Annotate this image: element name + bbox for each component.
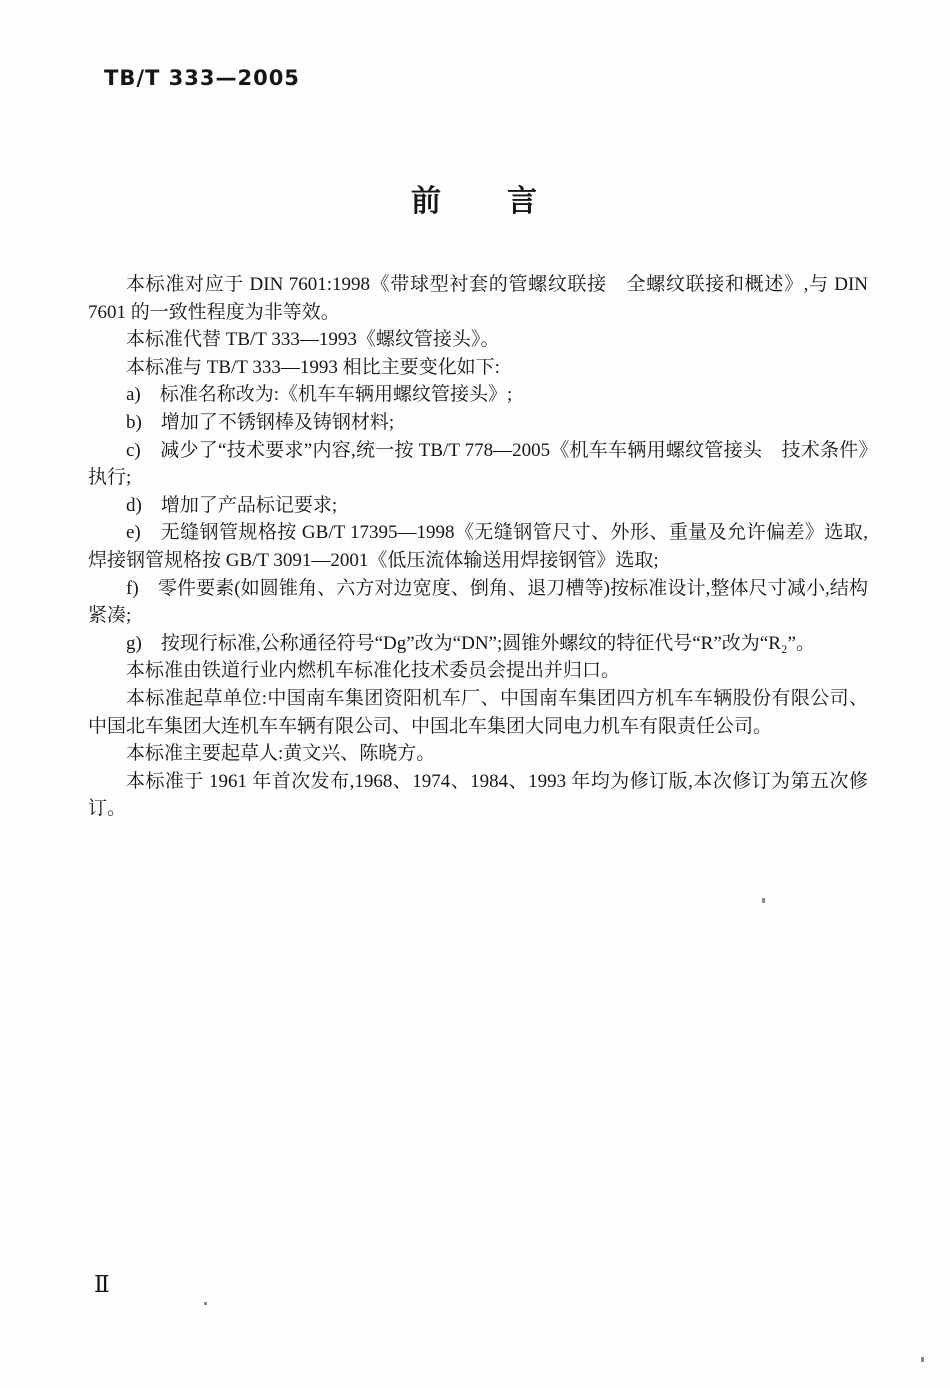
para-drafters: 本标准主要起草人:黄文兴、陈晓方。 xyxy=(88,740,868,768)
change-item-e: e) 无缝钢管规格按 GB/T 17395—1998《无缝钢管尺寸、外形、重量及… xyxy=(88,519,868,574)
change-item-a: a) 标准名称改为:《机车车辆用螺纹管接头》; xyxy=(88,381,868,409)
para-changes-intro: 本标准与 TB/T 333—1993 相比主要变化如下: xyxy=(88,354,868,382)
para-replaces: 本标准代替 TB/T 333—1993《螺纹管接头》。 xyxy=(88,326,868,354)
change-item-g: g) 按现行标准,公称通径符号“Dg”改为“DN”;圆锥外螺纹的特征代号“R”改… xyxy=(88,630,868,658)
para-drafting-units: 本标准起草单位:中国南车集团资阳机车厂、中国南车集团四方机车车辆股份有限公司、中… xyxy=(88,685,868,740)
change-item-b: b) 增加了不锈钢棒及铸钢材料; xyxy=(88,409,868,437)
scan-speck xyxy=(921,1357,924,1362)
page-number: Ⅱ xyxy=(94,1272,110,1298)
standard-number: TB/T 333—2005 xyxy=(104,66,300,90)
scan-speck xyxy=(204,1302,207,1305)
para-proposed-by: 本标准由铁道行业内燃机车标准化技术委员会提出并归口。 xyxy=(88,657,868,685)
body-text: 本标准对应于 DIN 7601:1998《带球型衬套的管螺纹联接 全螺纹联接和概… xyxy=(88,271,868,823)
page-title: 前 言 xyxy=(0,176,950,220)
document-page: TB/T 333—2005 前 言 本标准对应于 DIN 7601:1998《带… xyxy=(0,0,950,1388)
para-history: 本标准于 1961 年首次发布,1968、1974、1984、1993 年均为修… xyxy=(88,768,868,823)
change-item-c: c) 减少了“技术要求”内容,统一按 TB/T 778—2005《机车车辆用螺纹… xyxy=(88,437,868,492)
para-correspondence: 本标准对应于 DIN 7601:1998《带球型衬套的管螺纹联接 全螺纹联接和概… xyxy=(88,271,868,326)
change-item-f: f) 零件要素(如圆锥角、六方对边宽度、倒角、退刀槽等)按标准设计,整体尺寸减小… xyxy=(88,575,868,630)
scan-speck xyxy=(762,898,765,903)
change-item-d: d) 增加了产品标记要求; xyxy=(88,492,868,520)
